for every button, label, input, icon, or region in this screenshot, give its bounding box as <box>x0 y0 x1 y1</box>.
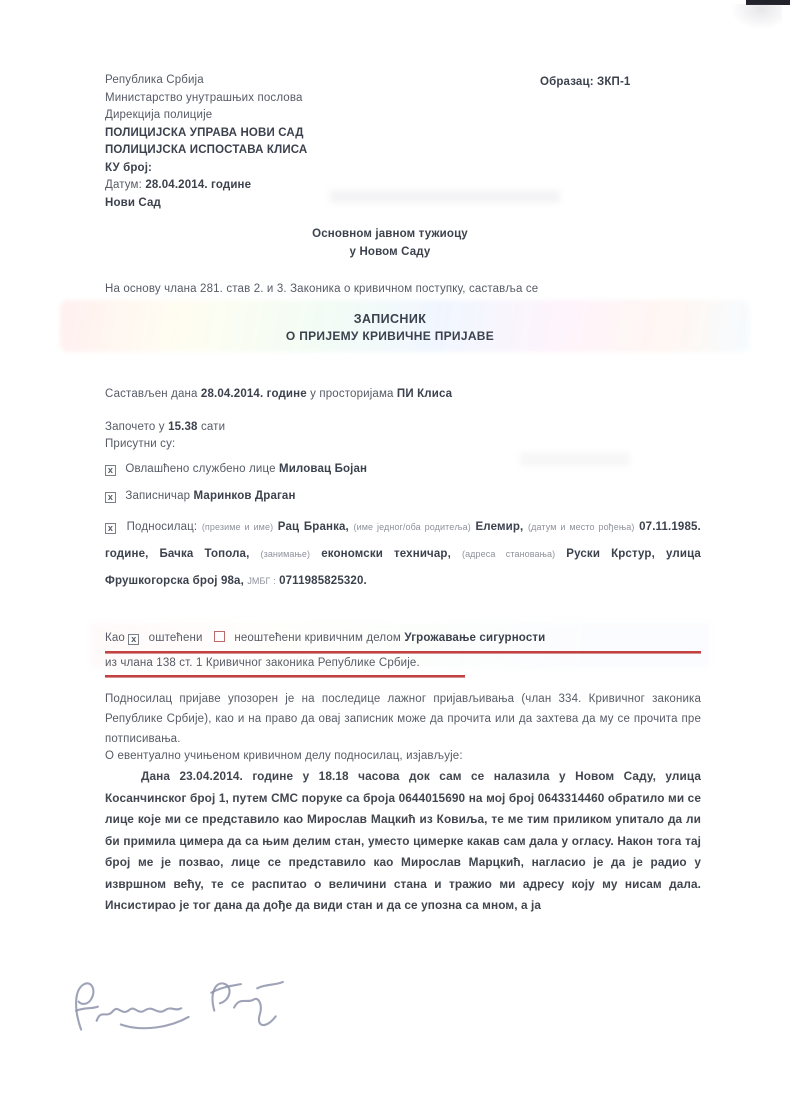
offense-name: Угрожавање сигурности <box>404 632 545 644</box>
present-label: Присутни су: <box>105 436 701 454</box>
started-line: Започето у 15.38 сати <box>105 419 701 437</box>
official-name: Миловац Бојан <box>279 463 367 475</box>
title-line1: ЗАПИСНИК <box>105 311 675 328</box>
started-time: 15.38 <box>168 421 198 433</box>
checked-checkbox-icon: x <box>128 634 139 645</box>
submitter-name: Рац Бранка, <box>278 521 349 533</box>
submitter-birth-hint: (датум и место рођења) <box>528 522 634 532</box>
started-suffix: сати <box>201 421 225 433</box>
submitter-parent: Елемир, <box>475 521 523 533</box>
submitter-occupation-hint: (занимање) <box>261 549 311 559</box>
warning-paragraph: Подносилац пријаве упозорен је на послед… <box>105 689 701 749</box>
checked-checkbox-icon: x <box>105 523 116 534</box>
scanned-content: Образац: ЗКП-1 Република Србија Министар… <box>0 0 790 1095</box>
submitter-name-hint: (презиме и име) <box>202 522 273 532</box>
submitter-jmbg: 0711985825320. <box>279 575 367 587</box>
submitter-parent-hint: (име једног/оба родитеља) <box>354 522 471 532</box>
qualification-prefix: Као <box>105 632 125 644</box>
date-value: 28.04.2014. године <box>145 179 251 191</box>
official-row: x Овлашћено службено лице Миловац Бојан <box>105 461 701 479</box>
date-line: Датум: 28.04.2014. године <box>105 177 445 195</box>
addressee-line1: Основном јавном тужиоцу <box>105 226 675 244</box>
compiled-middle: у просторијама <box>310 388 393 400</box>
compiled-date: 28.04.2014. године <box>201 388 307 400</box>
case-number-label: КУ број: <box>105 160 445 178</box>
official-label: Овлашћено службено лице <box>125 463 275 475</box>
checked-checkbox-icon: x <box>105 465 116 476</box>
letterhead-city: Нови Сад <box>105 195 445 213</box>
letterhead-directorate: Дирекција полиције <box>105 107 445 125</box>
letterhead-country: Република Србија <box>105 72 445 90</box>
submitter-label: Подносилац: <box>127 521 198 533</box>
checkbox-x-icon: x <box>108 466 113 475</box>
checkbox-x-icon: x <box>108 524 113 533</box>
qualification: Као x оштећени неоштећени кривичним дело… <box>105 630 701 677</box>
official-name: Маринков Драган <box>194 490 296 502</box>
document-page: Образац: ЗКП-1 Република Србија Министар… <box>0 0 790 1095</box>
form-code: Образац: ЗКП-1 <box>540 74 630 92</box>
addressee-line2: у Новом Саду <box>105 244 675 262</box>
official-row: x Записничар Маринков Драган <box>105 488 701 506</box>
submitter-occupation: економски техничар, <box>321 548 451 560</box>
statement-intro: О евентуално учињеном кривичном делу под… <box>105 748 701 766</box>
submitter-address-hint: (адреса становања) <box>462 549 555 559</box>
letterhead-department: ПОЛИЦИЈСКА УПРАВА НОВИ САД <box>105 125 445 143</box>
compiled-line: Састављен дана 28.04.2014. године у прос… <box>105 386 701 404</box>
letterhead-station: ПОЛИЦИЈСКА ИСПОСТАВА КЛИСА <box>105 142 445 160</box>
handwritten-signature <box>60 952 315 1061</box>
letterhead-ministry: Министарство унутрашњих послова <box>105 90 445 108</box>
title-line2: О ПРИЈЕМУ КРИВИЧНЕ ПРИЈАВЕ <box>105 328 675 345</box>
checked-checkbox-icon: x <box>105 492 116 503</box>
started-prefix: Започето у <box>105 421 165 433</box>
unchecked-checkbox-icon <box>214 631 225 642</box>
qualification-line2: из члана 138 ст. 1 Кривичног законика Ре… <box>105 655 465 678</box>
qualification-line1: Као x оштећени неоштећени кривичним дело… <box>105 630 701 653</box>
statement-body: Дана 23.04.2014. године у 18.18 часова д… <box>105 766 701 917</box>
damaged-label: оштећени <box>149 632 203 644</box>
letterhead: Република Србија Министарство унутрашњих… <box>105 72 445 212</box>
legal-basis: На основу члана 281. став 2. и 3. Закони… <box>105 281 701 299</box>
compiled-station: ПИ Клиса <box>397 388 452 400</box>
addressee: Основном јавном тужиоцу у Новом Саду <box>105 226 675 261</box>
checkbox-x-icon: x <box>131 635 136 644</box>
submitter-jmbg-hint: ЈМБГ : <box>247 576 275 586</box>
compiled-prefix: Састављен дана <box>105 388 198 400</box>
official-label: Записничар <box>125 490 190 502</box>
undamaged-label: неоштећени кривичним делом <box>234 632 401 644</box>
document-title: ЗАПИСНИК О ПРИЈЕМУ КРИВИЧНЕ ПРИЈАВЕ <box>105 311 675 345</box>
submitter-paragraph: x Подносилац: (презиме и име) Рац Бранка… <box>105 514 701 595</box>
date-label: Датум: <box>105 179 142 191</box>
checkbox-x-icon: x <box>108 493 113 502</box>
